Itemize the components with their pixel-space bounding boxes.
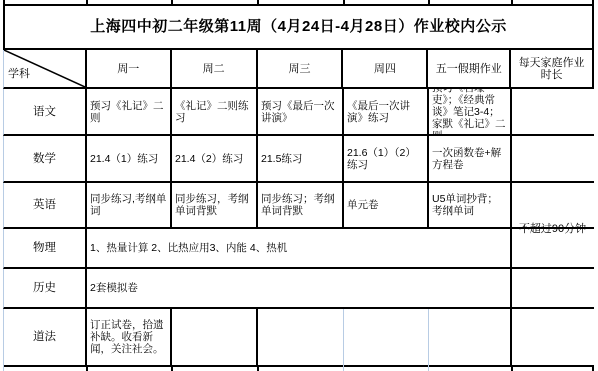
header-duration: 每天家庭作业时长 [511,50,594,87]
cell-history-all-week: 2套模拟卷 [87,269,512,307]
subject-label: 数学 [4,136,87,181]
subject-corner-cell: 学科 [4,50,87,87]
daily-duration-cell: 不超过90分钟 [511,89,594,367]
header-tuesday: 周二 [172,50,258,87]
cell-daofa-holiday [429,309,512,365]
cell-english-tuesday: 同步练习，考纲单词背默 [172,183,258,227]
cell-chinese-wednesday: 预习《最后一次讲演》 [258,89,344,134]
homework-table: 上海四中初二年级第11周（4月24日-4月28日）作业校内公示 学科 周一 周二… [3,4,594,367]
cell-english-holiday: U5单词抄背；考纲单词 [429,183,512,227]
subject-label: 道法 [4,309,87,365]
row-daofa: 道法 订正试卷，拾遗补缺。收看新闻，关注社会。 [3,309,594,367]
column-tick [86,365,88,371]
row-physics: 物理 1、热量计算 2、比热应用3、内能 4、热机 [3,229,594,269]
cell-chinese-thursday: 《最后一次讲演》练习 [344,89,429,134]
cell-chinese-monday: 预习《礼记》二则 [87,89,172,134]
corner-label: 学科 [8,68,30,80]
row-math: 数学 21.4（1）练习 21.4（2）练习 21.5练习 21.6（1）（2）… [3,136,594,183]
cell-physics-all-week: 1、热量计算 2、比热应用3、内能 4、热机 [87,229,512,267]
table-body: 语文 预习《礼记》二则 《礼记》二则练习 预习《最后一次讲演》 《最后一次讲演》… [3,89,594,367]
cell-daofa-tuesday [172,309,258,365]
homework-notice-page: 上海四中初二年级第11周（4月24日-4月28日）作业校内公示 学科 周一 周二… [0,0,598,371]
cell-english-monday: 同步练习,考纲单词 [87,183,172,227]
header-monday: 周一 [87,50,172,87]
cell-math-monday: 21.4（1）练习 [87,136,172,181]
cropped-row-bottom [3,365,594,371]
title-row: 上海四中初二年级第11周（4月24日-4月28日）作业校内公示 [3,6,594,50]
cell-chinese-holiday: 预习《石壕吏》；《经典常谈》笔记3-4；家默《礼记》二则 [429,89,512,134]
column-tick [592,365,594,371]
subject-label: 物理 [4,229,87,267]
header-row: 学科 周一 周二 周三 周四 五一假期作业 每天家庭作业时长 [3,50,594,89]
cell-english-wednesday: 同步练习；考纲单词背默 [258,183,344,227]
cell-chinese-tuesday: 《礼记》二则练习 [172,89,258,134]
row-english: 英语 同步练习,考纲单词 同步练习，考纲单词背默 同步练习；考纲单词背默 单元卷… [3,183,594,229]
column-tick [257,365,259,371]
column-tick [511,365,513,371]
cell-math-wednesday: 21.5练习 [258,136,344,181]
subject-label: 历史 [4,269,87,307]
cell-math-tuesday: 21.4（2）练习 [172,136,258,181]
column-tick [343,365,344,371]
page-title: 上海四中初二年级第11周（4月24日-4月28日）作业校内公示 [5,6,594,48]
subject-label: 英语 [4,183,87,227]
column-tick [171,365,173,371]
row-history: 历史 2套模拟卷 [3,269,594,309]
cell-daofa-monday: 订正试卷，拾遗补缺。收看新闻，关注社会。 [87,309,172,365]
header-holiday: 五一假期作业 [428,50,511,87]
header-thursday: 周四 [343,50,428,87]
cell-daofa-wednesday [258,309,344,365]
cell-math-thursday: 21.6（1）（2）练习 [344,136,429,181]
header-wednesday: 周三 [258,50,344,87]
subject-label: 语文 [4,89,87,134]
cell-math-holiday: 一次函数卷+解方程卷 [429,136,512,181]
column-tick [3,365,4,371]
column-tick [428,365,429,371]
row-chinese: 语文 预习《礼记》二则 《礼记》二则练习 预习《最后一次讲演》 《最后一次讲演》… [3,89,594,136]
cell-english-thursday: 单元卷 [344,183,429,227]
cell-daofa-thursday [344,309,429,365]
